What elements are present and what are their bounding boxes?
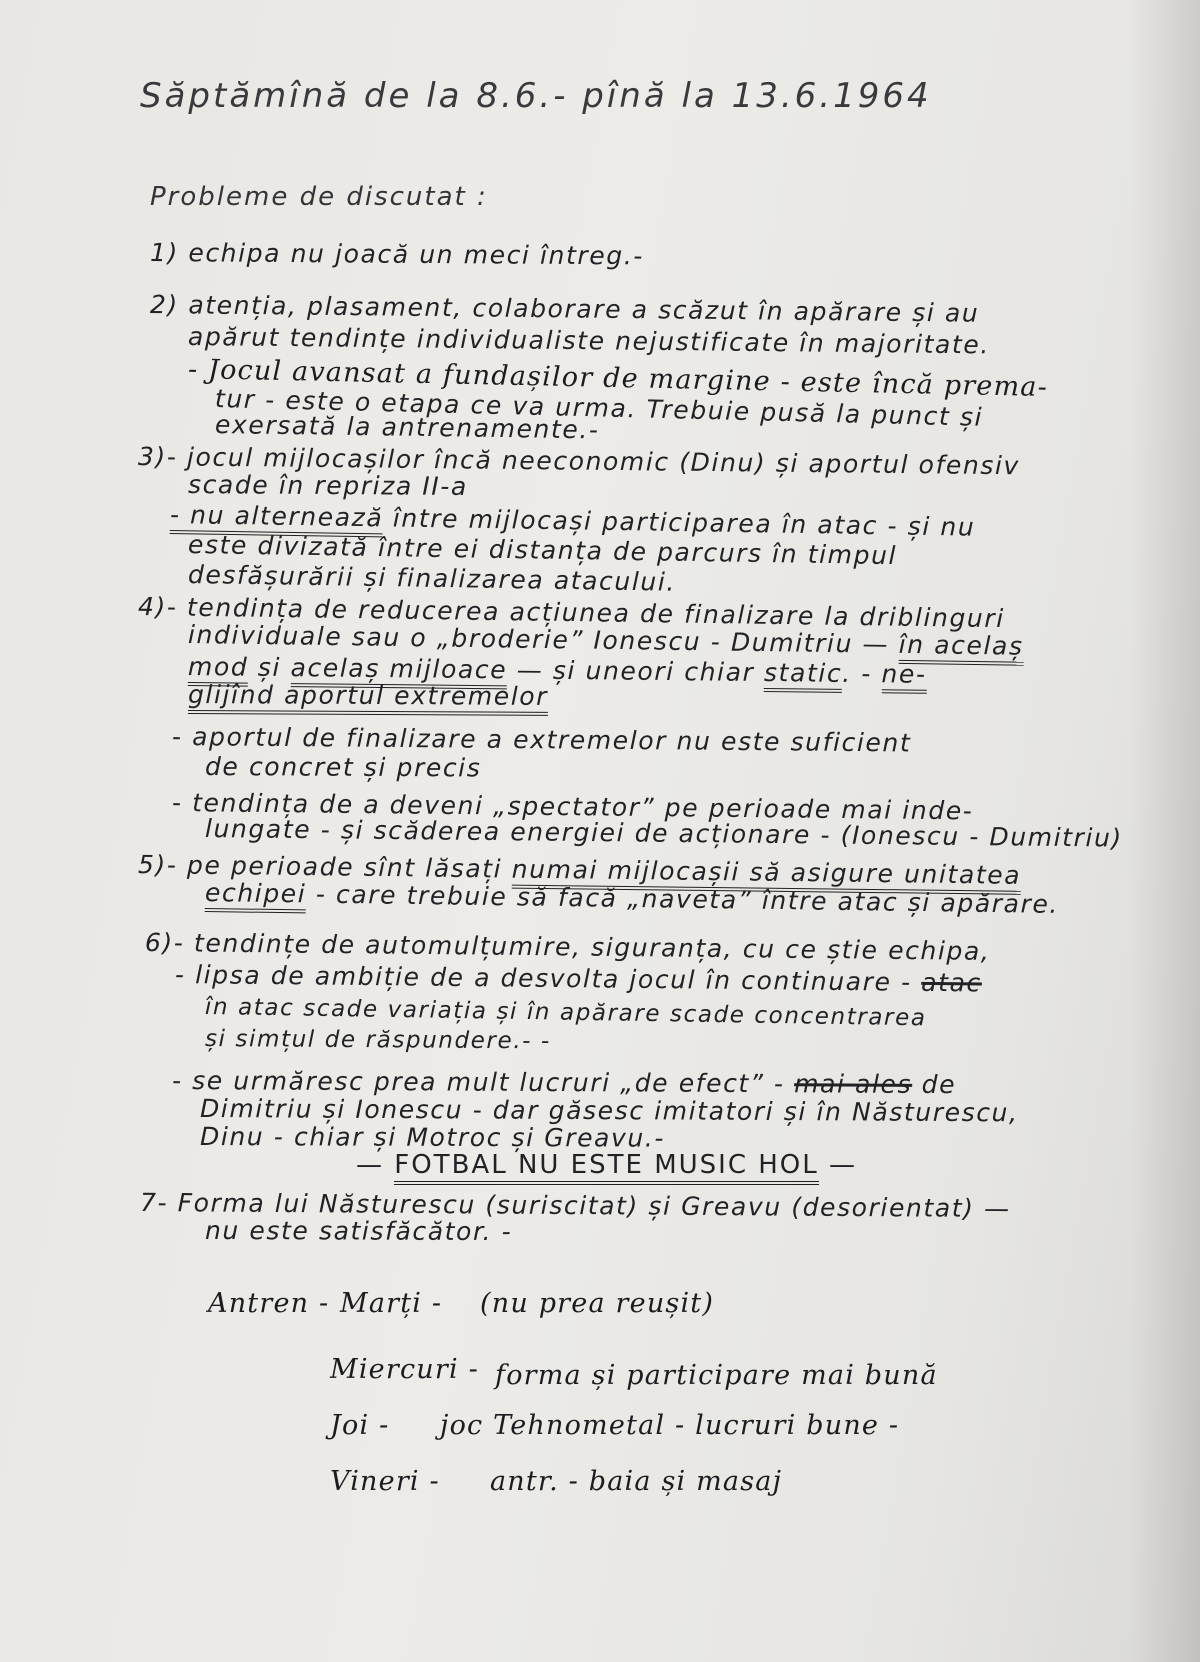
item-4-sub-1-line-2: de concret și precis: [205, 752, 482, 782]
item-2-line-2: apărut tendințe individualiste nejustifi…: [188, 322, 990, 359]
training-day-1: Marți -: [340, 1288, 442, 1319]
training-note-2: forma și participare mai bună: [495, 1360, 938, 1391]
emphasis-echipei: echipei: [205, 878, 307, 913]
item-6-line-3: în atac scade variația și în apărare sca…: [205, 994, 927, 1031]
item-5-line-1-text: 5)- pe perioade sînt lăsați: [138, 850, 512, 884]
item-7-line-2: nu este satisfăcător. -: [205, 1216, 512, 1246]
item-2-line-5: exersată la antrenamente.-: [215, 410, 600, 444]
training-note-3: joc Tehnometal - lucruri bune -: [440, 1410, 899, 1441]
item-6-line-2-text: - lipsa de ambiție de a desvolta jocul î…: [175, 960, 922, 997]
item-1: 1) echipa nu joacă un meci întreg.-: [150, 238, 644, 270]
item-6-sub-line-3: Dinu - chiar și Motroc și Greavu.-: [200, 1122, 665, 1153]
struck-mai-ales: mai ales: [794, 1069, 912, 1099]
emphasis-ne: ne-: [881, 659, 926, 693]
item-4-sub-2-line-2: lungate - și scăderea energiei de acțion…: [205, 814, 1123, 853]
emphasis-neglijind-aportul: glijînd aportul extremelor: [188, 680, 548, 716]
motto-dash-right: —: [819, 1150, 857, 1180]
motto: — FOTBAL NU ESTE MUSIC HOL —: [356, 1150, 857, 1180]
connector-si: și: [248, 653, 291, 682]
training-note-1: (nu prea reușit): [480, 1288, 714, 1319]
page-edge-shadow: [1130, 0, 1200, 1662]
item-3-line-2: scade în repriza II-a: [188, 470, 468, 501]
struck-word: atac: [921, 968, 982, 998]
item-6-line-2: - lipsa de ambiție de a desvolta jocul î…: [175, 960, 982, 997]
item-4-line-4: glijînd aportul extremelor: [188, 680, 548, 711]
document-title: Săptămînă de la 8.6.- pînă la 13.6.1964: [140, 76, 932, 116]
motto-text: FOTBAL NU ESTE MUSIC HOL: [394, 1150, 818, 1185]
item-6-sub-line-1-end: de: [912, 1070, 956, 1099]
item-3-divizata: este divizată: [188, 530, 369, 562]
training-day-4: Vineri -: [330, 1466, 440, 1497]
motto-dash-left: —: [356, 1150, 394, 1180]
emphasis-static: static: [764, 658, 843, 693]
punctuation: . -: [842, 659, 882, 688]
training-day-2: Miercuri -: [330, 1354, 479, 1385]
item-6-line-4: și simțul de răspundere.- -: [205, 1026, 551, 1054]
training-note-4: antr. - baia și masaj: [490, 1466, 782, 1497]
training-label: Antren -: [208, 1288, 329, 1319]
training-day-3: Joi -: [330, 1410, 389, 1441]
handwritten-page: Săptămînă de la 8.6.- pînă la 13.6.1964 …: [0, 0, 1200, 1662]
section-heading: Probleme de discutat :: [150, 182, 488, 212]
